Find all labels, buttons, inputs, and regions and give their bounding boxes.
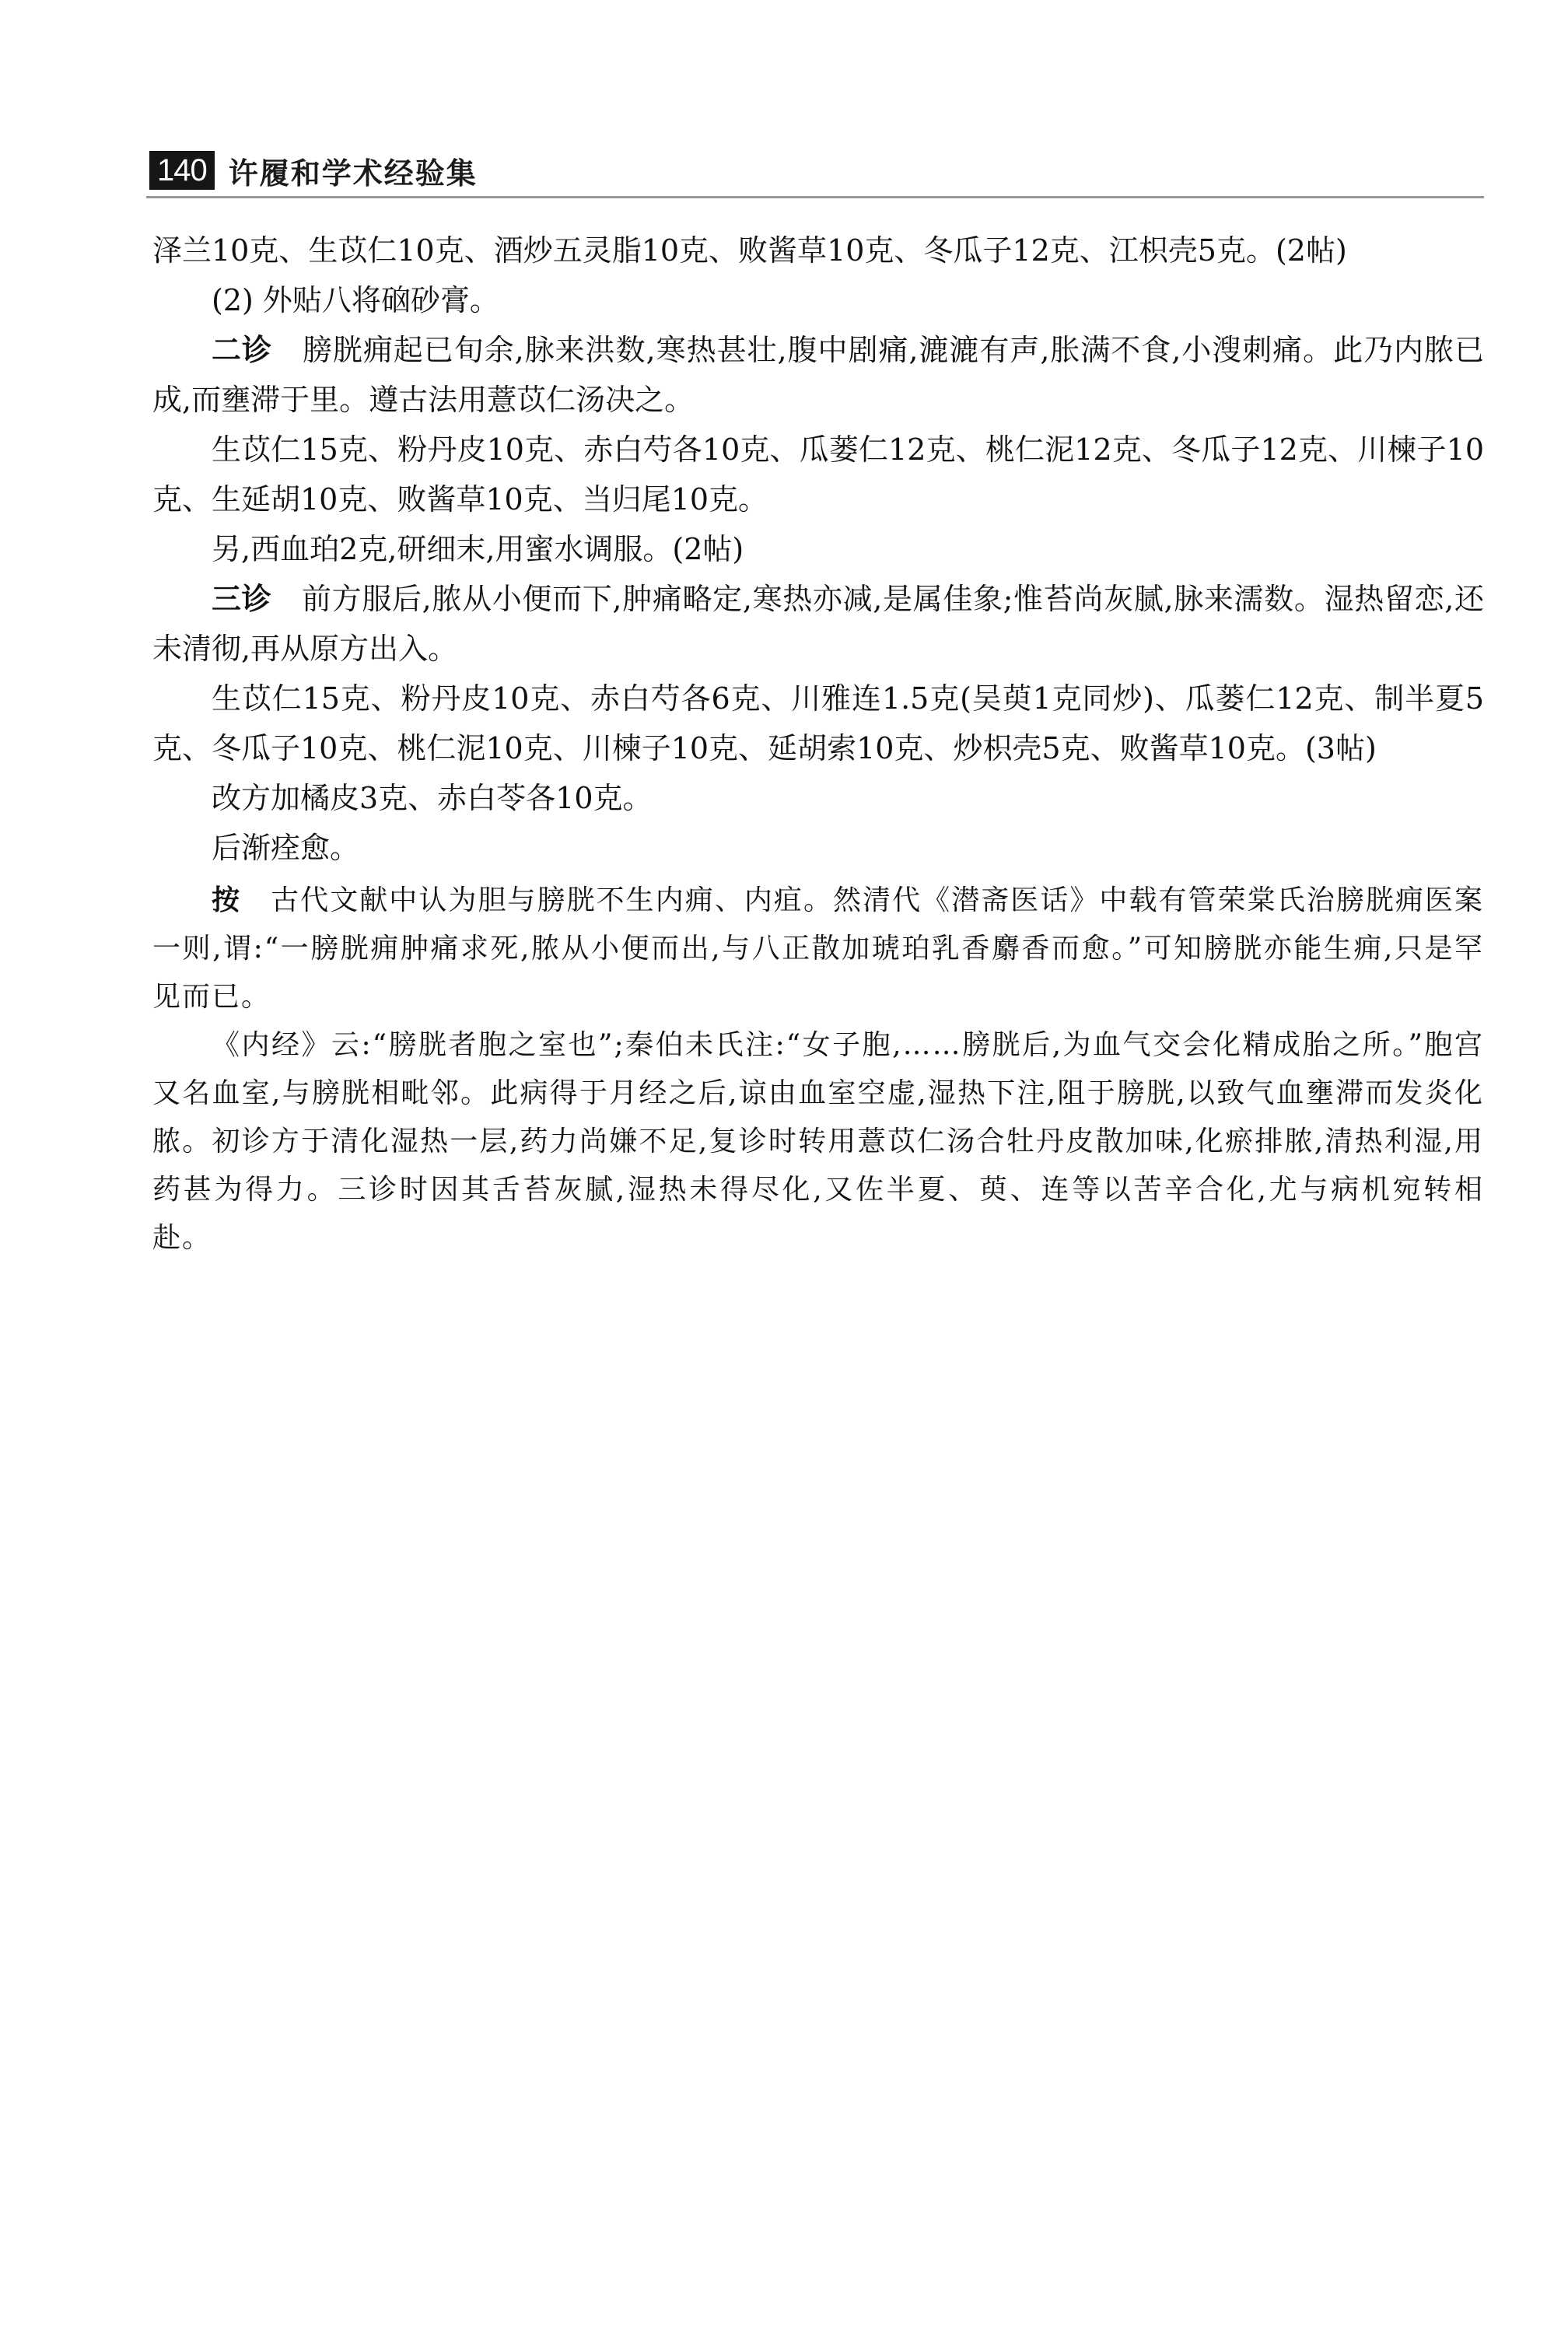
book-title: 许履和学术经验集 — [229, 149, 478, 192]
page-body: 泽兰10克、生苡仁10克、酒炒五灵脂10克、败酱草10克、冬瓜子12克、江枳壳5… — [152, 226, 1484, 1262]
paragraph-second-visit: 二诊膀胱痈起已旬余,脉来洪数,寒热甚壮,腹中剧痛,漉漉有声,胀满不食,小溲刺痛。… — [152, 325, 1484, 425]
paragraph-third-visit: 三诊前方服后,脓从小便而下,肿痛略定,寒热亦减,是属佳象;惟苔尚灰腻,脉来濡数。… — [152, 574, 1484, 674]
commentary-label: 按 — [212, 884, 241, 916]
paragraph-outcome: 后渐痊愈。 — [152, 823, 1484, 873]
commentary-neijing: 《内经》云:“膀胱者胞之室也”;秦伯未氏注:“女子胞,……膀胱后,为血气交会化精… — [152, 1021, 1484, 1262]
page-number: 140 — [149, 151, 215, 190]
paragraph-prescription-3: 生苡仁15克、粉丹皮10克、赤白芍各6克、川雅连1.5克(吴萸1克同炒)、瓜蒌仁… — [152, 674, 1484, 773]
header-rule — [146, 196, 1484, 198]
third-visit-label: 三诊 — [212, 581, 271, 616]
paragraph-prescription-1: 泽兰10克、生苡仁10克、酒炒五灵脂10克、败酱草10克、冬瓜子12克、江枳壳5… — [152, 226, 1484, 275]
commentary-note: 按古代文献中认为胆与膀胱不生内痈、内疽。然清代《潜斋医话》中载有管荣棠氏治膀胱痈… — [152, 876, 1484, 1021]
paragraph-external-plaster: (2) 外贴八将硇砂膏。 — [152, 275, 1484, 325]
second-visit-label: 二诊 — [212, 332, 272, 367]
running-header: 140 许履和学术经验集 — [149, 148, 478, 193]
paragraph-modification: 改方加橘皮3克、赤白苓各10克。 — [152, 773, 1484, 823]
paragraph-prescription-2: 生苡仁15克、粉丹皮10克、赤白芍各10克、瓜蒌仁12克、桃仁泥12克、冬瓜子1… — [152, 425, 1484, 524]
paragraph-amber: 另,西血珀2克,研细末,用蜜水调服。(2帖) — [152, 524, 1484, 574]
